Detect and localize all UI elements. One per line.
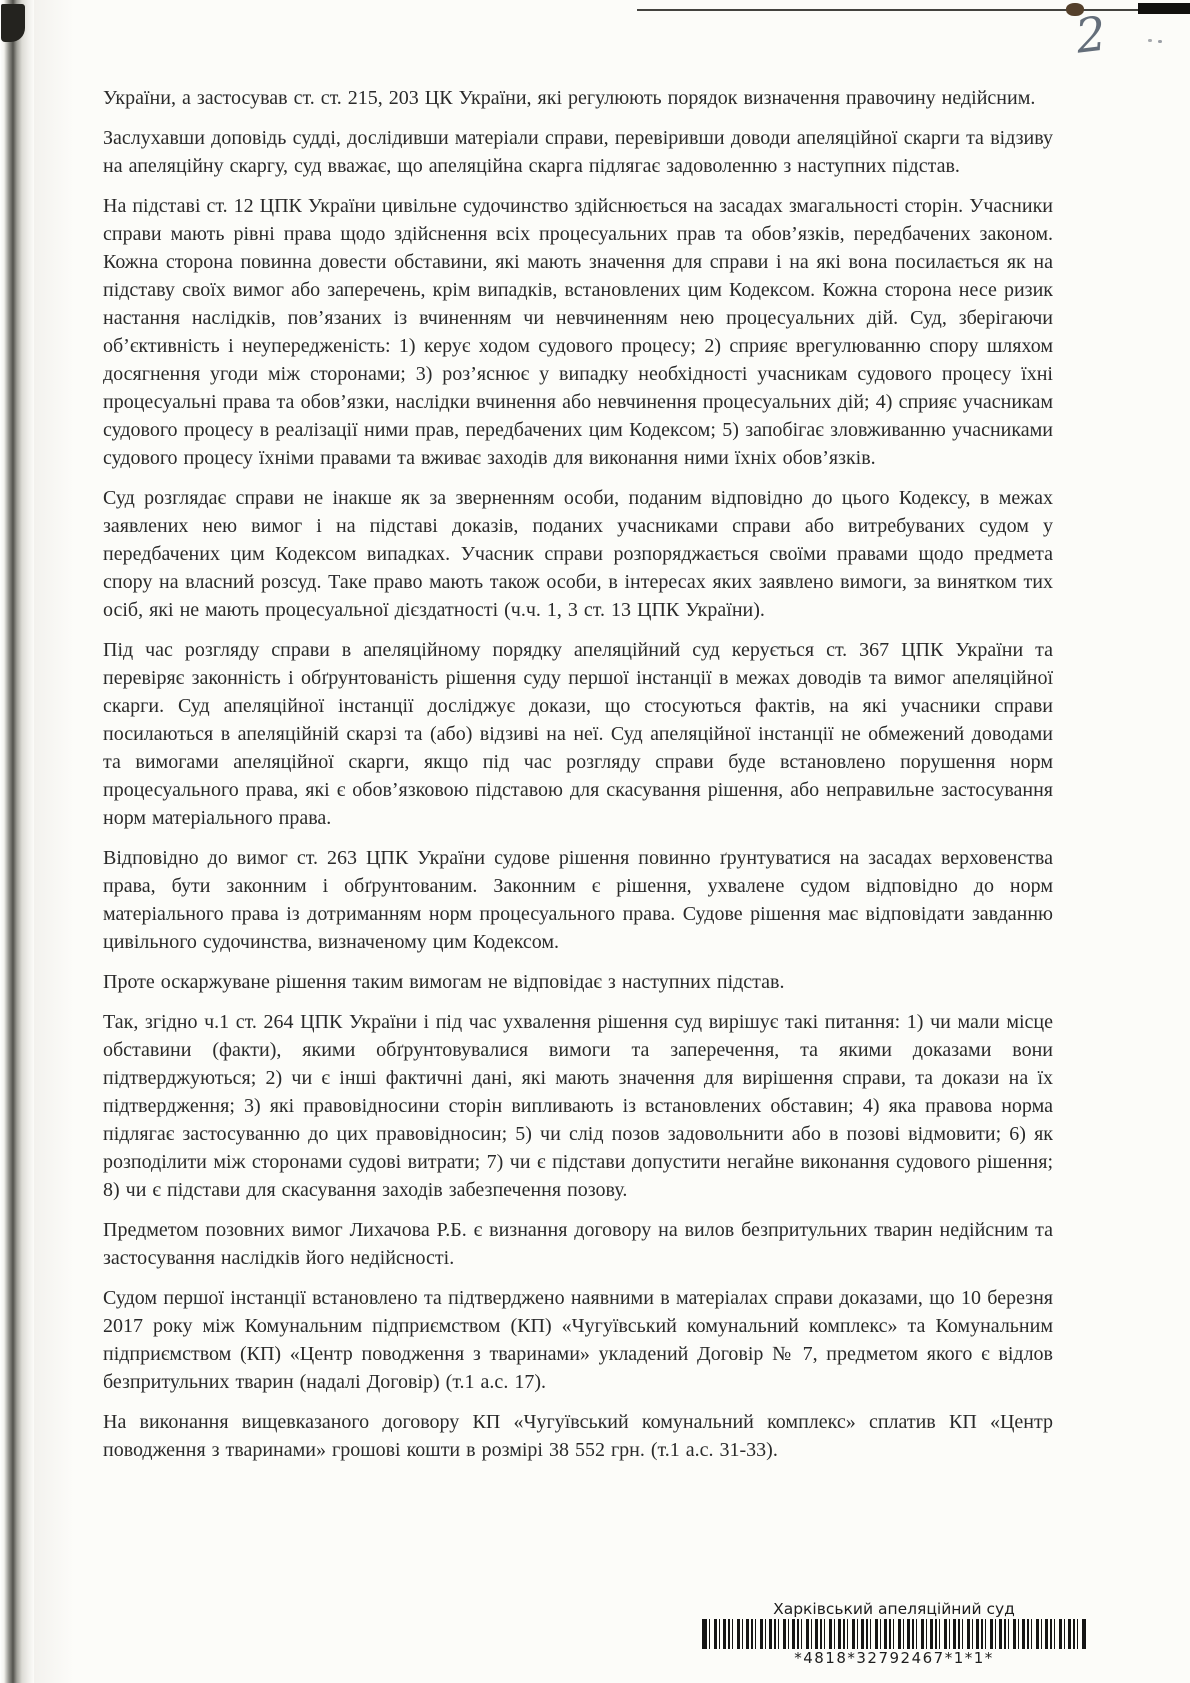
- scan-top-line-artifact: [637, 9, 1190, 11]
- pen-dots-artifact: [1148, 39, 1152, 42]
- document-paragraph: Так, згідно ч.1 ст. 264 ЦПК України і пі…: [103, 1008, 1053, 1204]
- court-registration-stamp: Харківський апеляційний суд *4818*327924…: [698, 1601, 1090, 1667]
- barcode: [702, 1619, 1086, 1649]
- document-paragraph: Судом першої інстанції встановлено та пі…: [103, 1284, 1053, 1396]
- document-body: України, а застосував ст. ст. 215, 203 Ц…: [103, 84, 1053, 1476]
- handwritten-page-number: 2: [1073, 10, 1108, 60]
- document-paragraph: Предметом позовних вимог Лихачова Р.Б. є…: [103, 1216, 1053, 1272]
- document-paragraph: Проте оскаржуване рішення таким вимогам …: [103, 968, 1053, 996]
- scan-corner-artifact: [1, 4, 25, 42]
- document-paragraph: На підставі ст. 12 ЦПК України цивільне …: [103, 192, 1053, 472]
- document-paragraph: Відповідно до вимог ст. 263 ЦПК України …: [103, 844, 1053, 956]
- scanned-court-document-page: 2 України, а застосував ст. ст. 215, 203…: [0, 0, 1190, 1683]
- scan-paper-edge-fade: [34, 0, 74, 1683]
- scan-top-bar-artifact: [1138, 3, 1190, 14]
- document-paragraph: Заслухавши доповідь судді, дослідивши ма…: [103, 124, 1053, 180]
- document-paragraph: України, а застосував ст. ст. 215, 203 Ц…: [103, 84, 1053, 112]
- document-paragraph: Під час розгляду справи в апеляційному п…: [103, 636, 1053, 832]
- document-paragraph: На виконання вищевказаного договору КП «…: [103, 1408, 1053, 1464]
- document-paragraph: Суд розглядає справи не інакше як за зве…: [103, 484, 1053, 624]
- court-name-label: Харківський апеляційний суд: [698, 1601, 1090, 1618]
- scan-paper-edge-shadow: [0, 0, 34, 1683]
- barcode-text: *4818*32792467*1*1*: [698, 1650, 1090, 1667]
